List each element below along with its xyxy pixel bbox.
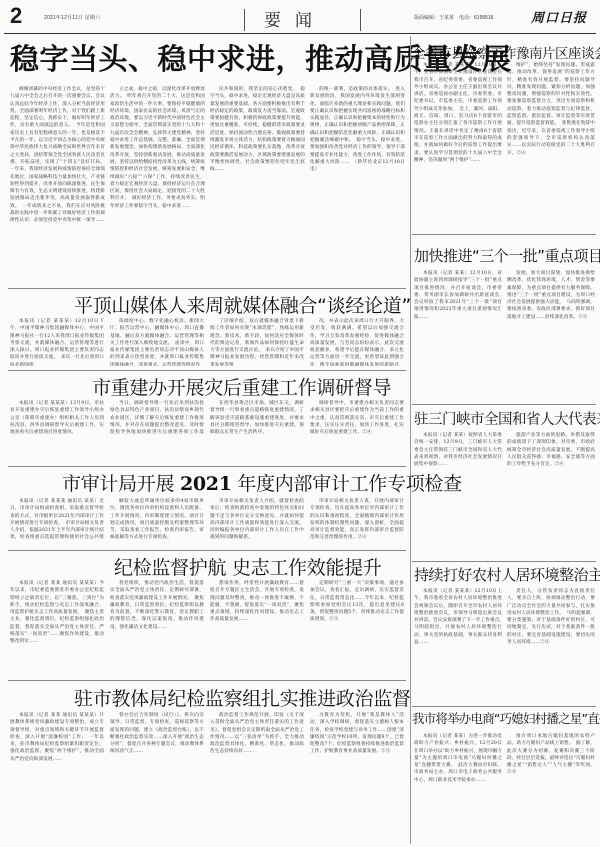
article-column: 想领作用，经常性开展廉政教育……督促召开专题民主生活会，开展专项检查，发现问题及… — [210, 580, 304, 675]
main-article-column: 民共和国的，我坚定的信心决胜党。 稳字当头，稳中求进，稳定宏观经济大盘是高质量发… — [210, 86, 305, 282]
article-headline[interactable]: 加快推进“三个一批”重点项目建设 — [414, 245, 600, 266]
article-column: 旅游产业等方面的思路、举措及取得的成绩留下了深刻印象。对市委、市政府统筹全市经济… — [507, 432, 595, 558]
section-divider — [8, 680, 406, 681]
article-column: 政治监督工作规范开展。印发《关于深入贯彻全面从严治党主体责任落实的工作意见》，督… — [210, 712, 304, 844]
article-column: 在西华县黄泛区市场、城区东关，调研督导组一行察看重点道路恢复重建情况，了解该县受… — [210, 400, 304, 434]
article-column: 挥调度中心、数字化融心机房、新闻大厅、报告运营中心、融媒体中心、周口直播基地、融… — [110, 318, 204, 366]
article-column: 各党组织，推动党内政治生活，督促落实全面从严治党主体责任，定期研究部署，检查落实… — [110, 580, 204, 675]
article-column: 督办会后合作制度（试行）》，将在向亲领导、日常监督、专项检查、巡视巡察等方面发现… — [110, 712, 204, 844]
section-divider — [8, 550, 406, 551]
article-column: 本报讯（记者 某某 通讯员 某某某）开展教体系统党风廉政建设专项整治，成立专项督… — [10, 712, 104, 844]
masthead-divider — [244, 9, 245, 31]
main-article-column: 刚刚闭幕的中央经济工作会议，是党的十九届六中全会之后召开的一次重要会议。会议认真… — [10, 86, 105, 282]
article-column: 发展，加大项目谋划，加快推进供给侧改革，优化营商环境，人才、资金等要素保障，为重… — [507, 270, 595, 402]
section-title: 要闻 — [264, 6, 326, 31]
editor-info: 版面编辑：王某某 电话：6199516 — [414, 14, 493, 21]
article-column: 本报讯（记者 某某）12月10日，省政协副主席到周调研指导“三个一批”重点项目推… — [414, 270, 502, 402]
section-divider — [8, 370, 406, 371]
article-headline[interactable]: 全省市县巡察工作豫南片区座谈会在周召开 — [412, 42, 600, 62]
article-column: 本报讯（记者 某某某）12月9日，市扶贫开发重建办灾后恢复重建工作领导小组办公室… — [10, 400, 104, 434]
section-divider — [8, 466, 406, 467]
main-article-column: 的统一部署，是政策的具体落实。 进入新发展阶段，我国发展内外环境发生深刻变化，面… — [310, 86, 405, 282]
article-headline[interactable]: 纪检监督护航 史志工作效能提升 — [114, 553, 382, 580]
article-column: 况，并表示此次来周口行大开眼界，大受启发，收获满满。希望以后加强交流合作，学习互… — [310, 318, 404, 366]
article-column: 市审计局相关负责人说，开展内部审计专项检查，旨在提高各单位对内部审计工作的认识和… — [310, 498, 404, 542]
article-column: 本报讯（记者 某某某）12月10日下午，中国平煤神马集团融媒体中心、中国平煤神马… — [10, 318, 104, 366]
article-column: 本报讯（记者 某某）为进一步推动电商助力产业振兴、乡村振兴，12月20日在周口举… — [414, 733, 502, 843]
article-column: 本报讯（记者 某某）按照省人大常委会统一安排，12月9日，三门峡市人大常委会主任… — [414, 432, 502, 558]
main-article-column: 立之成，稳中之稳，以深化改革开放释放活力。 明年将召开党的二十大，这是党和国家政… — [110, 86, 205, 282]
article-column: 推介周口本地巧媳妇基地的农特产品，助力巧媳妇产品线上销售。 据了解，此次大赛分为… — [507, 733, 595, 843]
issue-date: 2021年12月11日 星期六 — [44, 14, 100, 21]
article-column: 调研督导中，市重建办相关负责同志要求相关县区要把灾后重建作为当前工作的重中之重，… — [310, 400, 404, 434]
article-headline[interactable]: 市重建办开展灾后重建工作调研督导 — [92, 373, 391, 400]
article-headline[interactable]: 我市将举办电商“巧媳妇村播之星”直播带货大赛 — [412, 709, 600, 727]
article-headline[interactable]: 市审计局开展 2021 年度内部审计工作专项检查 — [62, 469, 462, 496]
article-headline[interactable]: 平顶山媒体人来周就媒体融合“谈经论道” — [74, 291, 411, 318]
article-column: 本报讯（记者 某某某）12月10日上午，全省市县巡察工作豫南片区座谈会在我市召开… — [414, 62, 502, 212]
section-divider — [412, 706, 596, 707]
column-divider — [410, 36, 411, 844]
page-number: 2 — [10, 3, 22, 29]
section-divider — [8, 288, 406, 289]
article-column: 本报讯（记者 某某某）12月10日上午，我市收看全省农村人居环境整治推进会视频会… — [414, 588, 502, 708]
newspaper-logo: 周口日报 — [531, 7, 587, 26]
article-column: 本报讯（记者 某某某 通讯员 某某）近日，市审计局组成检查组，采取重点督导检查的… — [10, 498, 104, 542]
article-column: 本报讯（记者 某某 通讯员 某某某）今年以来，市纪委监委派驻市委办公室纪检监察组… — [10, 580, 104, 675]
article-headline[interactable]: 驻三门峡市全国和省人大代表来周视察 — [414, 408, 600, 429]
masthead: 2 2021年12月11日 星期六 要闻 版面编辑：王某某 电话：6199516… — [4, 0, 596, 34]
article-column: 习教育为契机，开展“我是教体人”活动，深入学校调研，督促落实立德树人根本任务，检… — [310, 712, 404, 844]
section-divider — [412, 234, 596, 235]
masthead-divider — [360, 9, 361, 31]
article-column: 额较大或是所属单位较多的4家市级单位，围绕各单位内审机构设置和人员配备、工作开展… — [110, 498, 204, 542]
article-headline[interactable]: 持续打好农村人居环境整治主动仗 — [414, 564, 600, 585]
section-divider — [412, 404, 596, 405]
section-divider — [412, 561, 596, 562]
article-column: 当日，调研督导组一行先后来到扶沟县绿色食品特色产业项目、扶沟县柴岗乡现代农业园区… — [110, 400, 204, 434]
newspaper-page: 2 2021年12月11日 星期六 要闻 版面编辑：王某某 电话：6199516… — [4, 0, 596, 847]
article-column: 市审计局相关负责人介绍，就督检查结束后，检查组就检查中发现的特色亮点和问题不足与… — [210, 498, 304, 542]
article-column: 维护”，始终坚持“发现问题、形成震慑、推动改革、促进发展”的巡察工作方针，精准有… — [507, 62, 595, 212]
article-column: 了详细介绍。双方就媒体融合背景下新闻工作者如何实现“本领恐慌”，熟练运用新理念、… — [210, 318, 304, 366]
article-headline[interactable]: 驻市教体局纪检监察组扎实推进政治监督 — [74, 684, 411, 711]
article-column: 定期研究“三重一大”决策事项，通过参加会议、查看汇报、走访调研，压实监督责任，日… — [310, 580, 404, 675]
article-column: 责任人，分管负责同志为直接责任人，要亲自上阵，协调推动整治行动，要广泛动员全社会… — [507, 588, 595, 708]
